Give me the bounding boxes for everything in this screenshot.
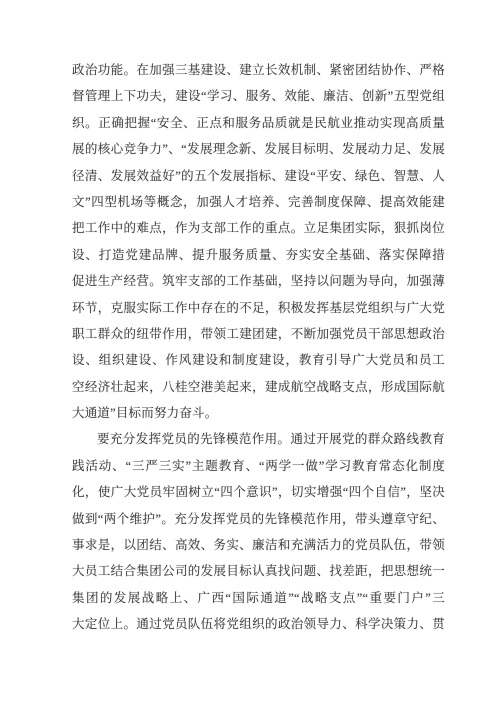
text-line: 径清、发展效益好”的五个发展指标、建设“平安、绿色、智慧、人: [72, 163, 445, 189]
text-line: 化，使广大党员牢固树立“四个意识”，切实增强“四个自信”，坚决: [72, 479, 445, 505]
text-line: 职工群众的纽带作用，带领工建团建，不断加强党员干部思想政治建: [72, 321, 445, 347]
text-line: 文”四型机场等概念，加强人才培养、完善制度保障、提高效能建设，: [72, 189, 445, 215]
paragraph-1: 政治功能。在加强三基建设、建立长效机制、紧密团结协作、严格监 督管理上下功夫，建…: [72, 57, 445, 426]
text-line: 政治功能。在加强三基建设、建立长效机制、紧密团结协作、严格监: [72, 57, 445, 83]
text-line: 要充分发挥党员的先锋模范作用。通过开展党的群众路线教育实: [72, 426, 445, 452]
text-line: 践活动、“三严三实”主题教育、“两学一做”学习教育常态化制度: [72, 453, 445, 479]
text-line: 把工作中的难点，作为支部工作的重点。立足集团实际，狠抓岗位建: [72, 215, 445, 241]
text-line: 事求是，以团结、高效、务实、廉洁和充满活力的党员队伍，带领广: [72, 532, 445, 558]
document-page: 政治功能。在加强三基建设、建立长效机制、紧密团结协作、严格监 督管理上下功夫，建…: [0, 0, 499, 706]
text-line: 环节，克服实际工作中存在的不足，积极发挥基层党组织与广大党员、: [72, 295, 445, 321]
text-line: 督管理上下功夫，建设“学习、服务、效能、廉洁、创新”五型党组: [72, 83, 445, 109]
text-line: 设、组织建设、作风建设和制度建设，教育引导广大党员和员工为“航: [72, 347, 445, 373]
text-line: 织。正确把握“安全、正点和服务品质就是民航业推动实现高质量发: [72, 110, 445, 136]
text-line: 大通道”目标而努力奋斗。: [72, 400, 445, 426]
text-line: 设、打造党建品牌、提升服务质量、夯实安全基础、落实保障措施、: [72, 242, 445, 268]
text-line: 展的核心竞争力”、“发展理念新、发展目标明、发展动力足、发展路: [72, 136, 445, 162]
text-line: 集团的发展战略上、广西“国际通道”“战略支点”“重要门户”三: [72, 585, 445, 611]
text-line: 大定位上。通过党员队伍将党组织的政治领导力、科学决策力、贯彻: [72, 611, 445, 637]
text-block: 政治功能。在加强三基建设、建立长效机制、紧密团结协作、严格监 督管理上下功夫，建…: [72, 57, 445, 638]
text-line: 做到“两个维护”。充分发挥党员的先锋模范作用，带头遵章守纪、实: [72, 506, 445, 532]
text-line: 空经济壮起来，八桂空港美起来，建成航空战略支点，形成国际航空: [72, 374, 445, 400]
text-line: 大员工结合集团公司的发展目标认真找问题、找差距，把思想统一到: [72, 558, 445, 584]
text-line: 促进生产经营。筑牢支部的工作基础，坚持以问题为导向，加强薄弱: [72, 268, 445, 294]
paragraph-2: 要充分发挥党员的先锋模范作用。通过开展党的群众路线教育实 践活动、“三严三实”主…: [72, 426, 445, 637]
